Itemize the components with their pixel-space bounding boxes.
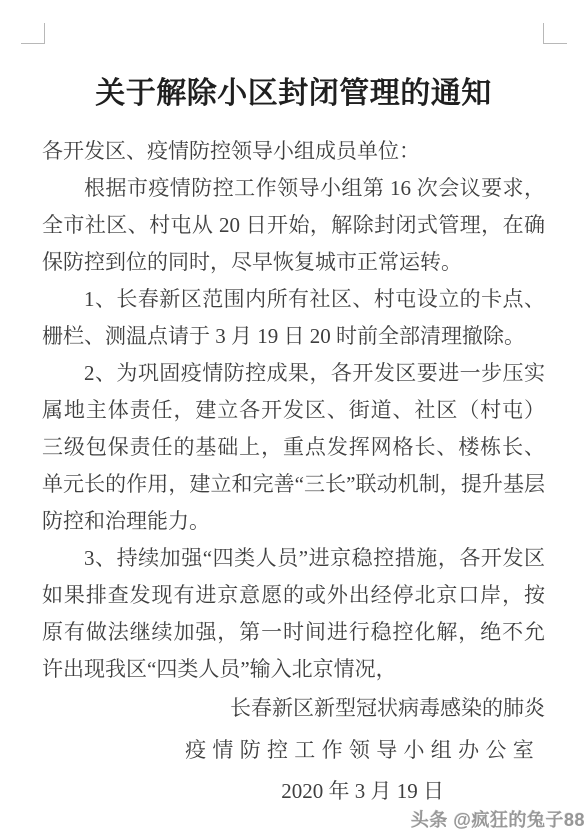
margin-corner-mark-top-left (21, 23, 45, 44)
document-body: 各开发区、疫情防控领导小组成员单位： 根据市疫情防控工作领导小组第 16 次会议… (42, 133, 545, 688)
paragraph-item-3: 3、持续加强“四类人员”进京稳控措施，各开发区如果排查发现有进京意愿的或外出经停… (42, 540, 545, 688)
signature-org-line-2: 疫情防控工作领导小组办公室 (42, 730, 545, 772)
paragraph-item-2: 2、为巩固疫情防控成果，各开发区要进一步压实属地主体责任，建立各开发区、街道、社… (42, 355, 545, 540)
watermark: 头条 @疯狂的兔子88 (411, 806, 585, 832)
signature-block: 长春新区新型冠状病毒感染的肺炎 疫情防控工作领导小组办公室 2020 年 3 月… (42, 688, 545, 813)
margin-corner-mark-top-right (543, 23, 567, 44)
salutation: 各开发区、疫情防控领导小组成员单位： (42, 133, 545, 170)
document-title: 关于解除小区封闭管理的通知 (0, 68, 587, 112)
paragraph-intro: 根据市疫情防控工作领导小组第 16 次会议要求，全市社区、村屯从 20 日开始，… (42, 170, 545, 281)
document-page: 关于解除小区封闭管理的通知 各开发区、疫情防控领导小组成员单位： 根据市疫情防控… (0, 0, 587, 835)
paragraph-item-1: 1、长春新区范围内所有社区、村屯设立的卡点、栅栏、测温点请于 3 月 19 日 … (42, 281, 545, 355)
signature-org-line-1: 长春新区新型冠状病毒感染的肺炎 (42, 688, 545, 730)
